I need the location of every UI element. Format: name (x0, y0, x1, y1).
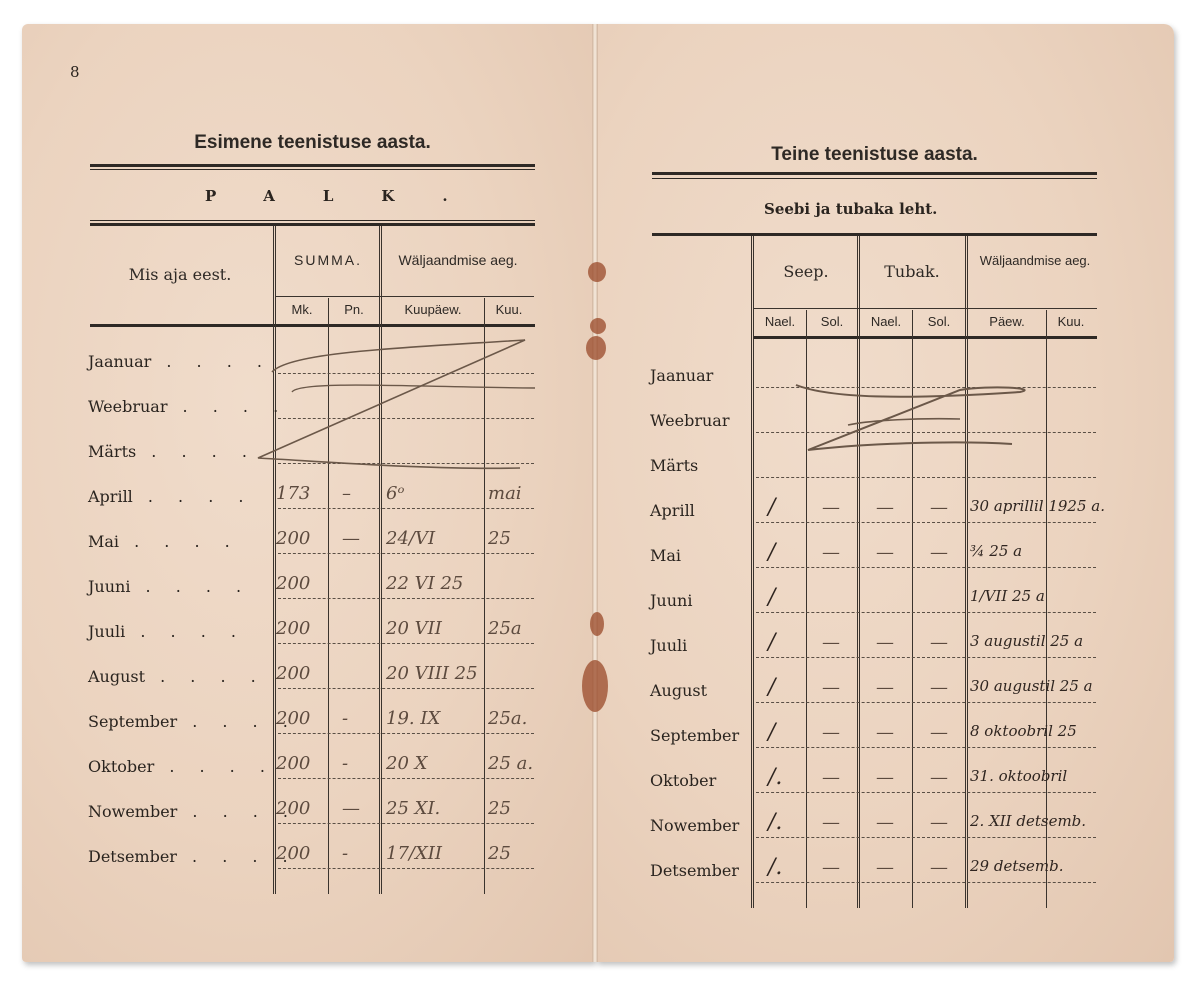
staple-stain (590, 318, 606, 334)
row-month-label: August (650, 681, 707, 700)
column-divider (857, 236, 860, 908)
cell-mk: 200 (276, 753, 310, 774)
column-divider (379, 226, 382, 894)
title-rule (90, 164, 535, 167)
cell-issue-date: 1/VII 25 a (970, 587, 1045, 605)
row-month-label: Mai . . . . (88, 532, 240, 551)
cell-issue-date: 2. XII detsemb. (970, 812, 1086, 830)
header-soap-sol: Sol. (806, 314, 858, 329)
row-rule (278, 823, 534, 824)
cell-pn: - (342, 708, 348, 729)
left-page-title: Esimene teenistuse aasta. (90, 132, 535, 154)
cell-issue-date: 30 aprillil 1925 a. (970, 497, 1105, 515)
header-mk: Mk. (276, 302, 328, 317)
title-rule (652, 172, 1097, 175)
cell-issue-date: 8 oktoobril 25 (970, 722, 1077, 740)
row-rule (756, 882, 1096, 883)
cell-tobacco-sol: — (930, 677, 948, 698)
cell-issue-date: ¾ 25 a (970, 542, 1022, 560)
cell-mk: 200 (276, 573, 310, 594)
cell-soap-nael: / (768, 675, 775, 700)
cell-issue-date: 31. oktoobril (970, 767, 1067, 785)
cell-tobacco-nael: — (876, 767, 894, 788)
cell-kuupaew: 20 VIII 25 (386, 663, 478, 684)
cell-soap-sol: — (822, 542, 840, 563)
staple-stain (586, 336, 606, 360)
row-month-label: Aprill (650, 501, 695, 520)
cell-kuu: 25a. (488, 708, 527, 729)
cell-tobacco-sol: — (930, 632, 948, 653)
row-month-label: Märts . . . . (88, 442, 257, 461)
row-rule (278, 373, 534, 374)
cell-mk: 200 (276, 528, 310, 549)
cell-soap-sol: — (822, 677, 840, 698)
cell-kuupaew: 22 VI 25 (386, 573, 463, 594)
staple-stain (590, 612, 604, 636)
column-divider (484, 298, 485, 894)
column-divider (328, 298, 329, 894)
cell-mk: 200 (276, 618, 310, 639)
staple-stain (588, 262, 606, 282)
leader-dots: . . . . (125, 622, 246, 641)
column-divider (912, 310, 913, 908)
header-rule (652, 233, 1097, 236)
cell-kuupaew: 24/VI (386, 528, 435, 549)
row-month-label: Juuni . . . . (88, 577, 251, 596)
row-month-label: Mai (650, 546, 681, 565)
row-rule (278, 418, 534, 419)
row-month-label: Oktober . . . . (88, 757, 275, 776)
title-rule-thin (90, 169, 535, 170)
subheader-rule (754, 308, 1097, 309)
cell-mk: 200 (276, 663, 310, 684)
row-month-label: Juuli (650, 636, 687, 655)
cell-pn: - (342, 753, 348, 774)
cell-kuu: 25 (488, 843, 511, 864)
header-tobacco: Tubak. (860, 262, 964, 281)
cell-kuu: 25 (488, 528, 511, 549)
leader-dots: . . . . (119, 532, 240, 551)
cell-tobacco-sol: — (930, 542, 948, 563)
cell-issue-date: 29 detsemb. (970, 857, 1064, 875)
cell-mk: 200 (276, 843, 310, 864)
row-rule (756, 657, 1096, 658)
cell-tobacco-nael: — (876, 857, 894, 878)
header-paew: Päew. (968, 314, 1046, 329)
row-month-label: September . . . . (88, 712, 298, 731)
cell-tobacco-nael: — (876, 812, 894, 833)
leader-dots: . . . . (133, 487, 254, 506)
leader-dots: . . . . (167, 397, 288, 416)
cell-soap-nael: /. (768, 765, 782, 790)
cell-soap-nael: / (768, 540, 775, 565)
header-issued: Wäljaandmise aeg. (975, 250, 1095, 271)
cell-pn: - (342, 843, 348, 864)
row-month-label: Nowember (650, 816, 739, 835)
cell-soap-nael: /. (768, 855, 782, 880)
row-rule (756, 432, 1096, 433)
cell-mk: 200 (276, 708, 310, 729)
row-rule (278, 643, 534, 644)
row-month-label: Aprill . . . . (88, 487, 253, 506)
cell-soap-nael: / (768, 630, 775, 655)
book-spine (592, 24, 598, 962)
cell-tobacco-nael: — (876, 497, 894, 518)
cell-pn: – (342, 483, 351, 504)
page-number: 8 (70, 63, 80, 81)
row-month-label: Jaanuar (650, 366, 713, 385)
row-month-label: Juuli . . . . (88, 622, 246, 641)
row-month-label: Weebruar . . . . (88, 397, 288, 416)
header-sum: SUMMA. (276, 252, 380, 268)
cell-kuupaew: 20 X (386, 753, 427, 774)
leader-dots: . . . . (130, 577, 251, 596)
cell-kuu: 25a (488, 618, 522, 639)
cell-tobacco-sol: — (930, 812, 948, 833)
cell-pn: — (342, 528, 360, 549)
cell-tobacco-sol: — (930, 722, 948, 743)
row-rule (756, 522, 1096, 523)
row-rule (756, 387, 1096, 388)
row-rule (278, 868, 534, 869)
title-rule-thin (652, 178, 1097, 179)
cell-pn: — (342, 798, 360, 819)
row-rule (278, 553, 534, 554)
header-soap-nael: Nael. (754, 314, 806, 329)
row-rule (278, 508, 534, 509)
header-soap: Seep. (754, 262, 858, 281)
header-tobacco-nael: Nael. (860, 314, 912, 329)
cell-soap-sol: — (822, 857, 840, 878)
cell-issue-date: 30 augustil 25 a (970, 677, 1093, 695)
row-rule (278, 778, 534, 779)
column-divider (751, 236, 754, 908)
cell-kuupaew: 19. IX (386, 708, 440, 729)
cell-soap-sol: — (822, 722, 840, 743)
row-month-label: August . . . . (88, 667, 266, 686)
cell-kuupaew: 25 XI. (386, 798, 440, 819)
row-month-label: Oktober (650, 771, 716, 790)
cell-kuu: mai (488, 483, 522, 504)
cell-kuu: 25 (488, 798, 511, 819)
column-divider (273, 226, 276, 894)
row-rule (278, 733, 534, 734)
header-pn: Pn. (328, 302, 380, 317)
cell-soap-nael: / (768, 495, 775, 520)
cell-tobacco-sol: — (930, 497, 948, 518)
cell-tobacco-nael: — (876, 542, 894, 563)
header-issued: Wäljaandmise aeg. (382, 252, 534, 268)
cell-tobacco-nael: — (876, 722, 894, 743)
cell-kuu: 25 a. (488, 753, 533, 774)
cell-kuupaew: 20 VII (386, 618, 442, 639)
row-month-label: Jaanuar . . . . (88, 352, 272, 371)
header-period: Mis aja eest. (100, 265, 260, 284)
subheader-rule (276, 296, 534, 297)
row-rule (756, 792, 1096, 793)
cell-soap-nael: /. (768, 810, 782, 835)
row-rule (756, 612, 1096, 613)
cell-kuupaew: 17/XII (386, 843, 442, 864)
row-rule (278, 598, 534, 599)
cell-tobacco-sol: — (930, 857, 948, 878)
row-month-label: Märts (650, 456, 698, 475)
cell-mk: 173 (276, 483, 310, 504)
section-title-palk: PALK. (205, 187, 496, 205)
header-kuu: Kuu. (484, 302, 534, 317)
row-rule (278, 463, 534, 464)
row-month-label: Weebruar (650, 411, 729, 430)
cell-tobacco-nael: — (876, 677, 894, 698)
header-kuupaew: Kuupäew. (382, 302, 484, 317)
table-header-bottom-rule (90, 324, 535, 327)
leader-dots: . . . . (145, 667, 266, 686)
header-tobacco-sol: Sol. (912, 314, 966, 329)
cell-soap-sol: — (822, 812, 840, 833)
cell-soap-sol: — (822, 497, 840, 518)
leader-dots: . . . . (136, 442, 257, 461)
cell-soap-sol: — (822, 632, 840, 653)
row-rule (278, 688, 534, 689)
right-page-title: Teine teenistuse aasta. (652, 144, 1097, 166)
header-kuu: Kuu. (1046, 314, 1096, 329)
cell-mk: 200 (276, 798, 310, 819)
cell-tobacco-nael: — (876, 632, 894, 653)
header-rule-thick (90, 223, 535, 226)
cell-soap-sol: — (822, 767, 840, 788)
row-month-label: Detsember . . . . (88, 847, 298, 866)
cell-kuupaew: 6ᵒ (386, 483, 404, 504)
leader-dots: . . . . (151, 352, 272, 371)
row-rule (756, 702, 1096, 703)
row-month-label: Juuni (650, 591, 692, 610)
cell-soap-nael: / (768, 720, 775, 745)
row-rule (756, 747, 1096, 748)
row-rule (756, 567, 1096, 568)
staple-stain (582, 660, 608, 712)
column-divider (806, 310, 807, 908)
row-month-label: Detsember (650, 861, 739, 880)
row-rule (756, 837, 1096, 838)
section-title-soap-tobacco: Seebi ja tubaka leht. (764, 200, 937, 218)
cell-tobacco-sol: — (930, 767, 948, 788)
row-month-label: September (650, 726, 739, 745)
cell-issue-date: 3 augustil 25 a (970, 632, 1083, 650)
column-divider (965, 236, 968, 908)
header-rule (90, 220, 535, 221)
leader-dots: . . . . (154, 757, 275, 776)
cell-soap-nael: / (768, 585, 775, 610)
row-month-label: Nowember . . . . (88, 802, 298, 821)
row-rule (756, 477, 1096, 478)
